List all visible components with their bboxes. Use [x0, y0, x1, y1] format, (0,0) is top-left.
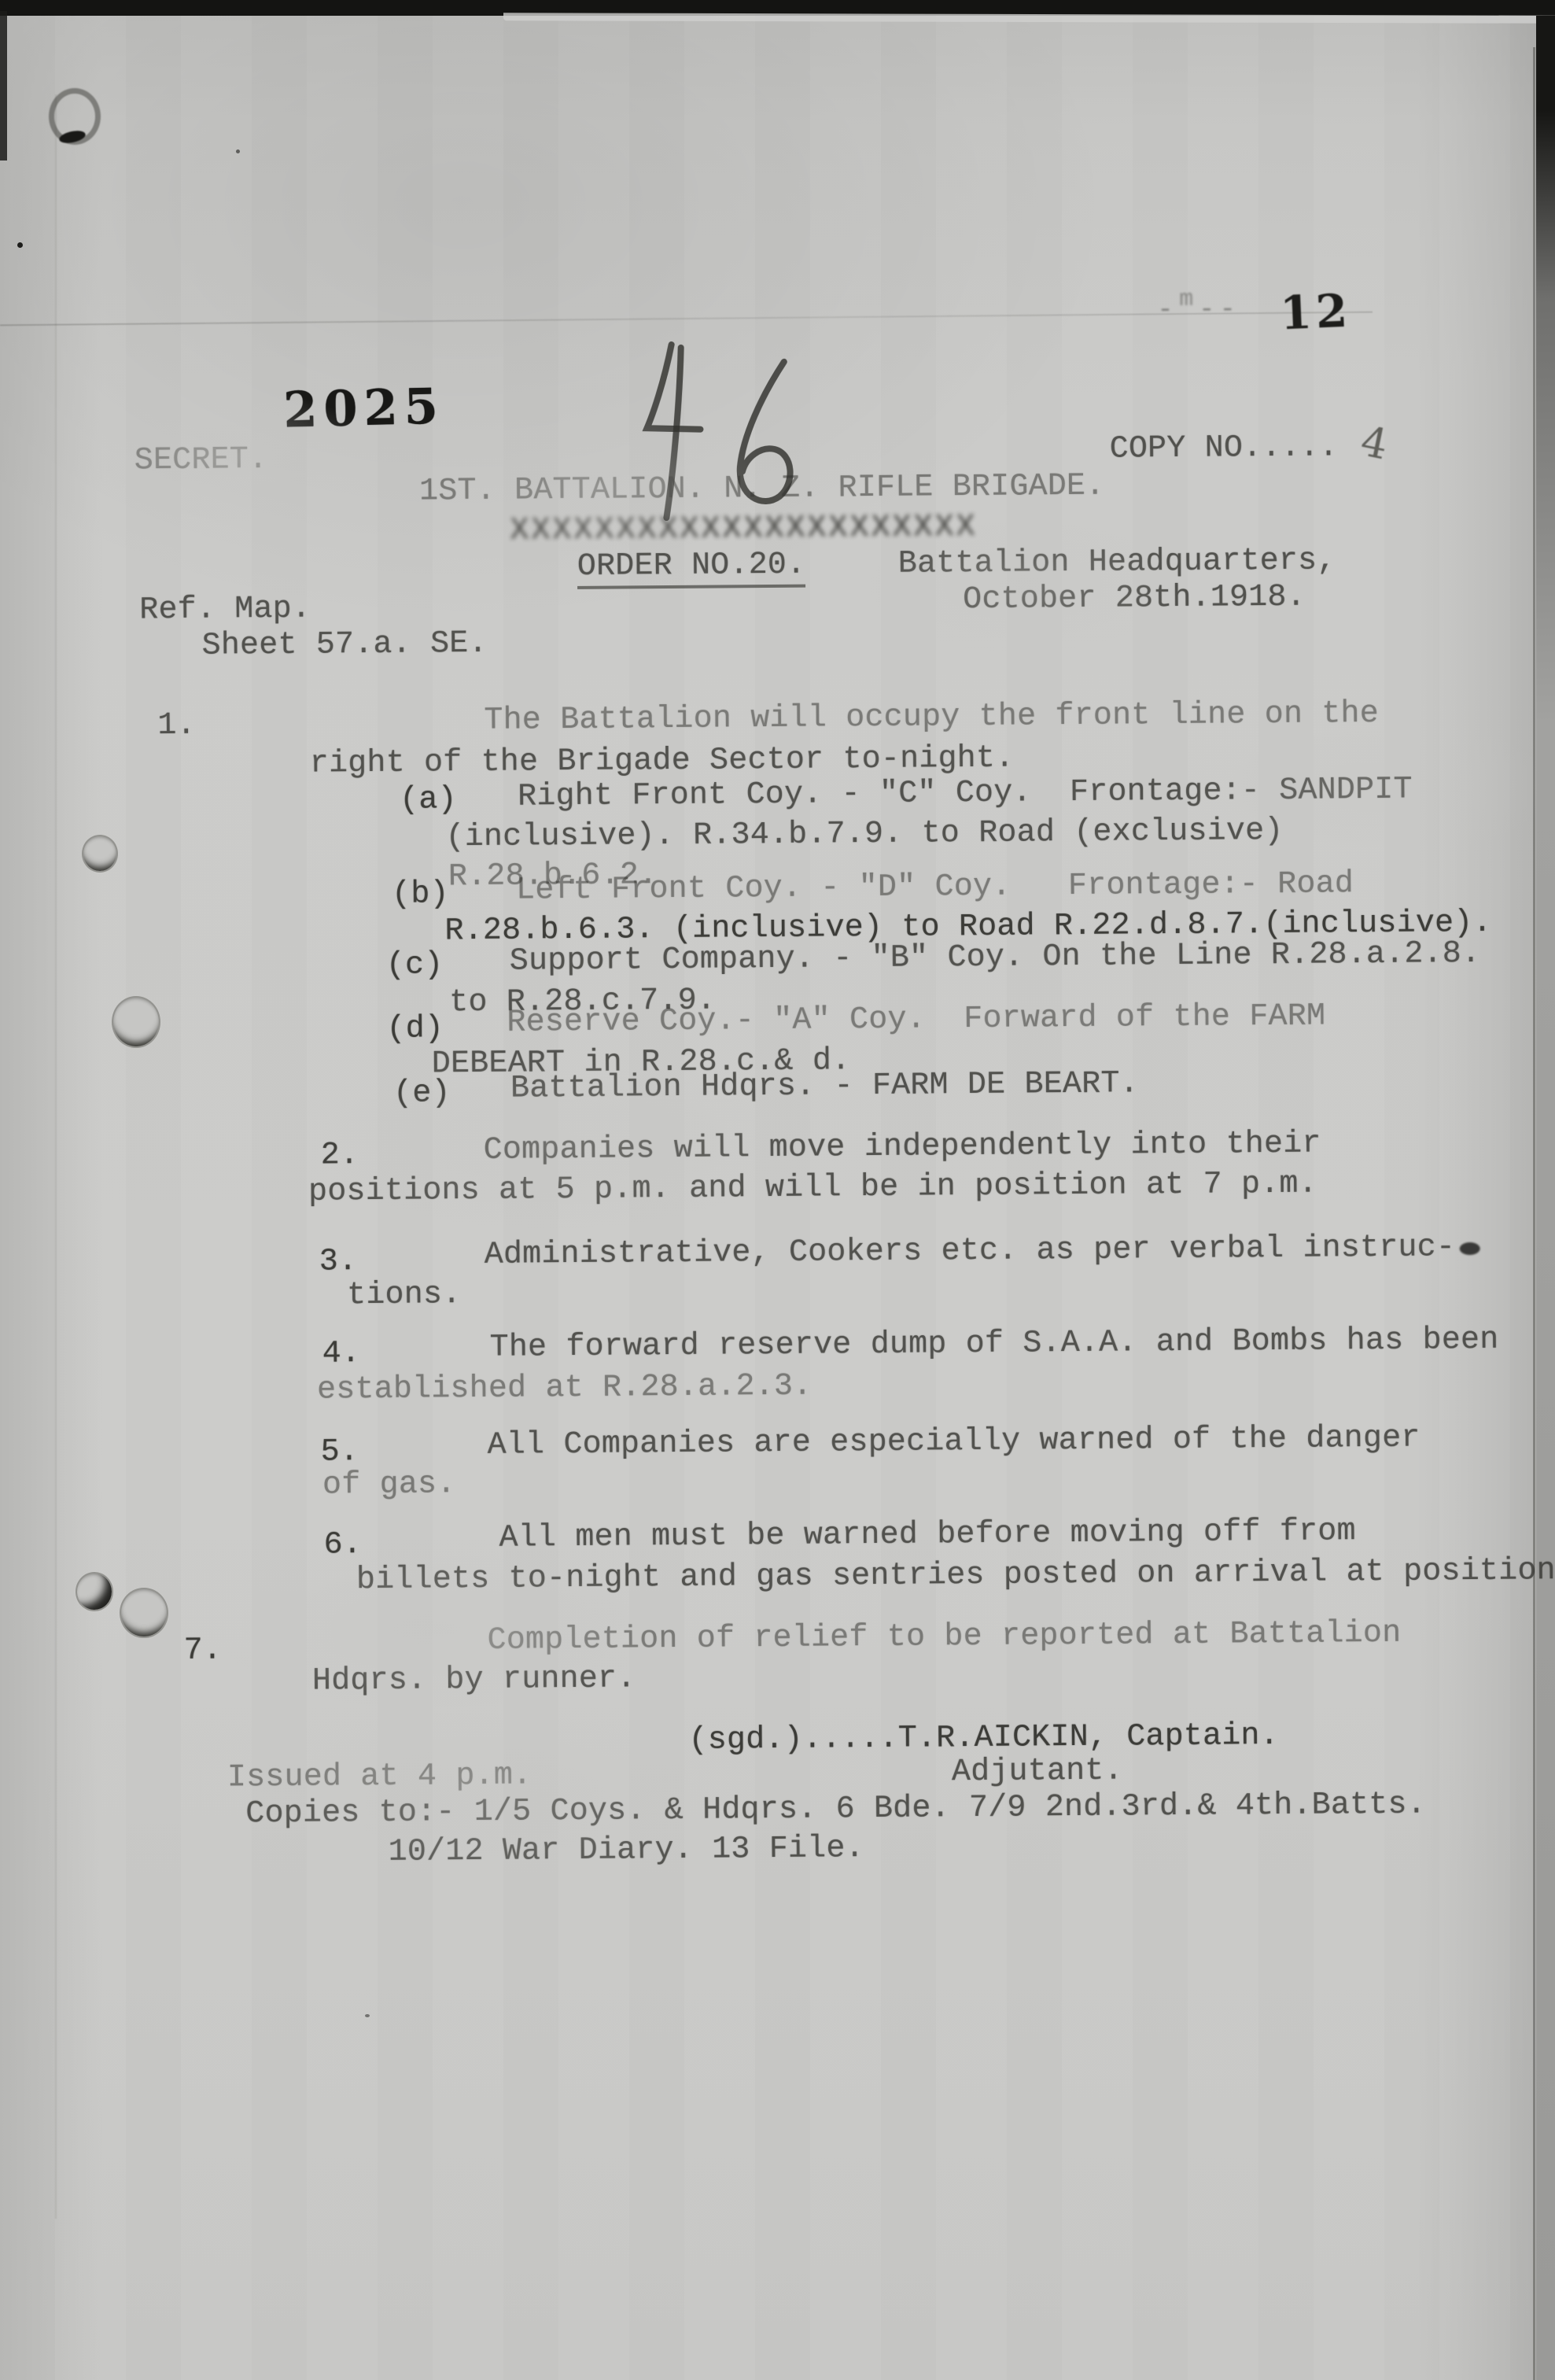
- item-b-line1: Left Front Coy. - "D" Coy. Frontage:- Ro…: [516, 867, 1354, 908]
- ring-mark: [49, 88, 101, 145]
- issued-line: Issued at 4 p.m.: [227, 1758, 532, 1795]
- para7-line1: Completion of relief to be reported at B…: [487, 1617, 1401, 1659]
- copies-line1: Copies to:- 1/5 Coys. & Hdqrs. 6 Bde. 7/…: [245, 1788, 1426, 1832]
- hq-line: Battalion Headquarters,: [898, 544, 1336, 581]
- order-number-text: ORDER NO.20.: [577, 548, 806, 589]
- para7-line2: Hdqrs. by runner.: [312, 1662, 636, 1699]
- punch-hole-4: [120, 1588, 168, 1638]
- item-c-label: (c): [386, 948, 444, 983]
- item-e-line1: Battalion Hdqrs. - FARM DE BEART.: [510, 1067, 1139, 1106]
- para6-line1: All men must be warned before moving off…: [499, 1515, 1355, 1556]
- signature-line: (sgd.).....T.R.AICKIN, Captain.: [688, 1719, 1279, 1758]
- para3-line2: tions.: [347, 1278, 462, 1313]
- ring-mark-blob: [58, 129, 87, 146]
- typed-content: 12 m - -- 2025 SECRET. COPY NO..... 4 1S…: [0, 0, 1555, 2380]
- strikeout-smudge: XXXXXXXXXXXXXXXXXXXXXX: [510, 510, 974, 544]
- ref-map-sheet: Sheet 57.a. SE.: [201, 627, 487, 664]
- punch-hole-3: [76, 1572, 113, 1611]
- para6-line2: billets to-night and gas sentries posted…: [356, 1554, 1555, 1598]
- item-c-line1: Support Company. - "B" Coy. On the Line …: [510, 937, 1481, 980]
- para4-line2: established at R.28.a.2.3.: [317, 1370, 813, 1408]
- copy-number-label: COPY NO.....: [1110, 430, 1339, 467]
- para4-line1: The forward reserve dump of S.A.A. and B…: [489, 1323, 1498, 1366]
- para2-line2: positions at 5 p.m. and will be in posit…: [308, 1168, 1317, 1210]
- para2-number: 2.: [321, 1138, 359, 1173]
- para1-number: 1.: [157, 709, 196, 744]
- reference-stamp: 2025: [282, 377, 444, 438]
- para4-number: 4.: [322, 1337, 361, 1371]
- scanned-document: 12 m - -- 2025 SECRET. COPY NO..... 4 1S…: [0, 0, 1555, 2380]
- para7-number: 7.: [184, 1634, 223, 1669]
- punch-hole-2: [112, 996, 160, 1048]
- para6-number: 6.: [323, 1528, 362, 1563]
- para2-line1: Companies will move independently into t…: [484, 1127, 1321, 1168]
- unit-title: 1ST. BATTALION. N. Z. RIFLE BRIGADE.: [419, 470, 1105, 510]
- paper-speck-1: [17, 242, 23, 248]
- signature-role: Adjutant.: [952, 1755, 1123, 1791]
- copies-line2: 10/12 War Diary. 13 File.: [389, 1832, 864, 1870]
- date-line: October 28th.1918.: [963, 581, 1306, 618]
- paper-speck-3: [365, 2014, 370, 2017]
- para5-line1: All Companies are especially warned of t…: [487, 1422, 1420, 1463]
- paper-speck-2: [236, 149, 240, 153]
- para5-number: 5.: [321, 1435, 359, 1470]
- page-number: 12: [1279, 284, 1353, 341]
- para3-line1: Administrative, Cookers etc. as per verb…: [485, 1231, 1456, 1273]
- item-a-line2: (inclusive). R.34.b.7.9. to Road (exclus…: [445, 814, 1283, 855]
- item-d-line1: Reserve Coy.- "A" Coy. Forward of the FA…: [507, 999, 1325, 1040]
- order-number: ORDER NO.20.: [577, 548, 806, 585]
- item-b-label: (b): [392, 877, 449, 913]
- ref-map-label: Ref. Map.: [139, 592, 311, 629]
- item-a-line1: Right Front Coy. - "C" Coy. Frontage:- S…: [518, 773, 1413, 815]
- item-d-label: (d): [386, 1012, 444, 1047]
- punch-hole-1: [82, 835, 118, 873]
- classification-label: SECRET.: [134, 443, 268, 478]
- margin-dashes: - --: [1157, 295, 1240, 326]
- para1-line1: The Battalion will occupy the front line…: [484, 697, 1379, 739]
- handwritten-copy-number: 4: [1357, 418, 1391, 469]
- overstruck-hyphen-blob: [1460, 1242, 1480, 1255]
- item-e-label: (e): [393, 1076, 451, 1112]
- para3-number: 3.: [319, 1245, 358, 1279]
- item-a-label: (a): [400, 783, 457, 818]
- para5-line2: of gas.: [322, 1467, 456, 1503]
